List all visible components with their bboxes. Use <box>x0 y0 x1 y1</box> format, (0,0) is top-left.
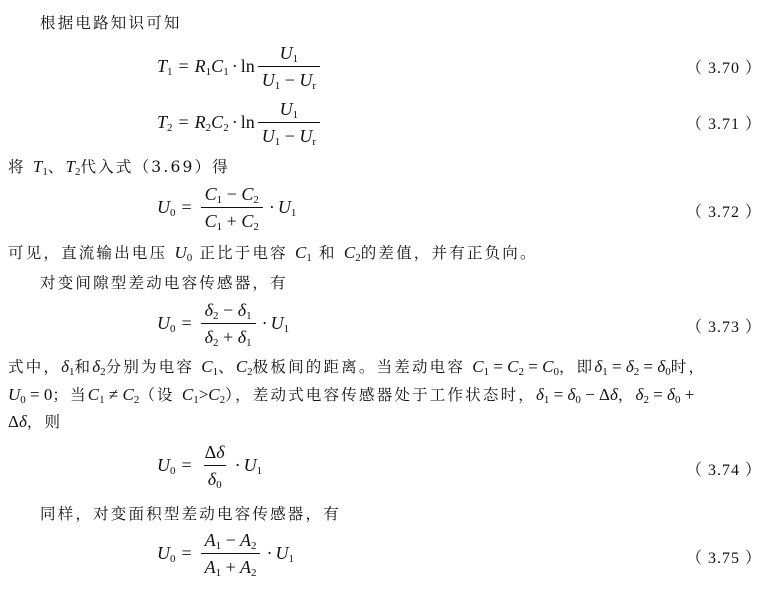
equation-number-3-72: （ 3.72 ） <box>686 199 762 222</box>
equation-3-71: T2 = R2C2 · ln U1 U1 − Ur <box>157 98 323 147</box>
equation-number-3-75: （ 3.75 ） <box>686 545 762 568</box>
cdot: · <box>232 56 238 77</box>
equation-number-3-74: （ 3.74 ） <box>686 457 762 480</box>
equation-number-3-71: （ 3.71 ） <box>686 111 762 134</box>
equation-number-3-73: （ 3.73 ） <box>686 314 762 337</box>
equation-3-75: U0 = A1 − A2 A1 + A2 · U1 <box>157 529 294 578</box>
paragraph-then: Δδ，则 <box>8 410 62 432</box>
paragraph-working-state: U0 = 0；当C1 ≠ C2（设 C1>C2），差动式电容传感器处于工作状态时… <box>8 383 694 405</box>
equation-3-73: U0 = δ2 − δ1 δ2 + δ1 · U1 <box>157 299 289 348</box>
var-T: T1 <box>157 56 173 77</box>
paragraph-conclusion: 可见，直流输出电压 U0 正比于电容 C1 和 C2的差值，并有正负向。 <box>8 241 538 263</box>
ln-operator: ln <box>241 56 255 77</box>
equation-number-3-70: （ 3.70 ） <box>686 55 762 78</box>
paragraph-intro: 根据电路知识可知 <box>40 11 182 33</box>
paragraph-gap-type: 对变间隙型差动电容传感器，有 <box>40 271 288 293</box>
paragraph-where: 式中，δ1和δ2分别为电容 C1、C2极板间的距离。当差动电容 C1 = C2 … <box>8 355 706 377</box>
fraction: U1 U1 − Ur <box>258 42 320 91</box>
equation-3-72: U0 = C1 − C2 C1 + C2 · U1 <box>157 183 296 232</box>
equation-3-70: T1 = R1C1 · ln U1 U1 − Ur <box>157 42 323 91</box>
paragraph-substitute: 将 T1、T2代入式（3.69）得 <box>8 155 230 177</box>
paragraph-area-type: 同样，对变面积型差动电容传感器，有 <box>40 502 341 524</box>
equation-3-74: U0 = Δδ δ0 · U1 <box>157 441 262 490</box>
equals-sign: = <box>179 56 189 77</box>
fraction: U1 U1 − Ur <box>258 98 320 147</box>
